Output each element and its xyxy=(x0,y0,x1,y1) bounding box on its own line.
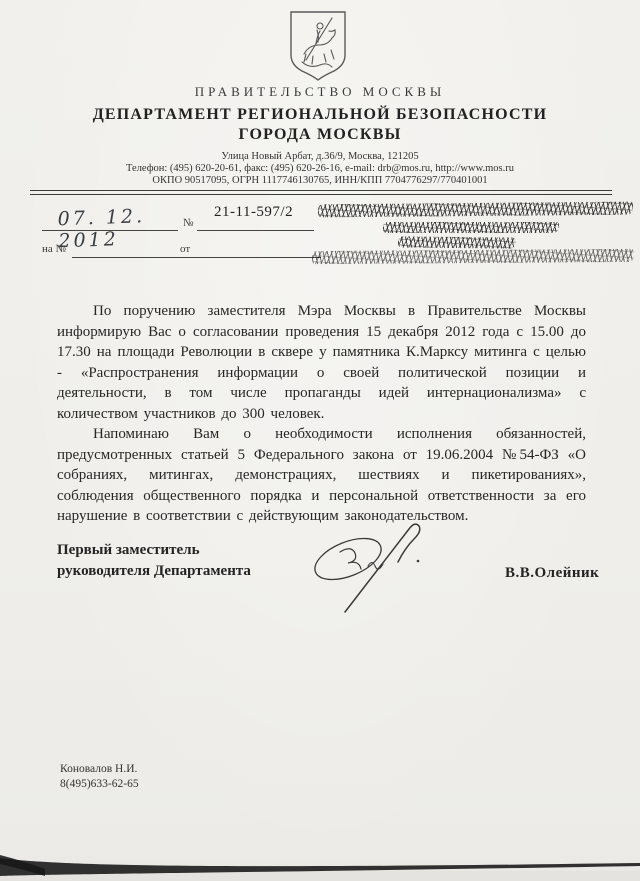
redacted-addressee-scribble xyxy=(383,222,559,233)
handwritten-date: 07. 12. 2012 xyxy=(57,204,188,253)
signer-title: Первый заместитель руководителя Департам… xyxy=(57,540,251,582)
signer-title-line1: Первый заместитель xyxy=(57,540,251,561)
letterhead-address: Улица Новый Арбат, д.36/9, Москва, 12120… xyxy=(0,151,640,162)
number-underline xyxy=(197,229,314,231)
body-paragraph-1: По поручению заместителя Мэра Москвы в П… xyxy=(57,301,586,424)
letterhead-registration: ОКПО 90517095, ОГРН 1117746130765, ИНН/К… xyxy=(0,175,640,186)
signer-name: В.В.Олейник xyxy=(505,565,599,582)
reply-date-underline xyxy=(197,256,321,258)
reply-number-label: на № xyxy=(42,243,66,255)
department-name-line2: ГОРОДА МОСКВЫ xyxy=(0,126,640,144)
redacted-addressee-scribble xyxy=(312,249,634,264)
department-name-line1: ДЕПАРТАМЕНТ РЕГИОНАЛЬНОЙ БЕЗОПАСНОСТИ xyxy=(0,106,640,124)
scanned-letter-page: ПРАВИТЕЛЬСТВО МОСКВЫ ДЕПАРТАМЕНТ РЕГИОНА… xyxy=(0,0,640,881)
executor-name: Коновалов Н.И. xyxy=(60,762,139,777)
date-underline xyxy=(42,229,178,231)
outgoing-number: 21-11-597/2 xyxy=(214,204,293,221)
executor-phone: 8(495)633-62-65 xyxy=(60,777,139,792)
letterhead-divider xyxy=(30,190,612,195)
reply-number-underline xyxy=(72,256,202,258)
signer-title-line2: руководителя Департамента xyxy=(57,561,251,582)
letter-body: По поручению заместителя Мэра Москвы в П… xyxy=(57,301,586,527)
signature-handwriting xyxy=(298,502,433,627)
letterhead-contacts: Телефон: (495) 620-20-61, факс: (495) 62… xyxy=(0,163,640,174)
number-label: № xyxy=(183,217,194,229)
reply-date-label: от xyxy=(180,243,190,255)
executor-block: Коновалов Н.И. 8(495)633-62-65 xyxy=(60,762,139,792)
government-title: ПРАВИТЕЛЬСТВО МОСКВЫ xyxy=(0,84,640,100)
moscow-coat-of-arms-icon xyxy=(286,10,350,82)
redacted-addressee-scribble xyxy=(318,202,633,218)
redacted-addressee-scribble xyxy=(398,236,516,248)
